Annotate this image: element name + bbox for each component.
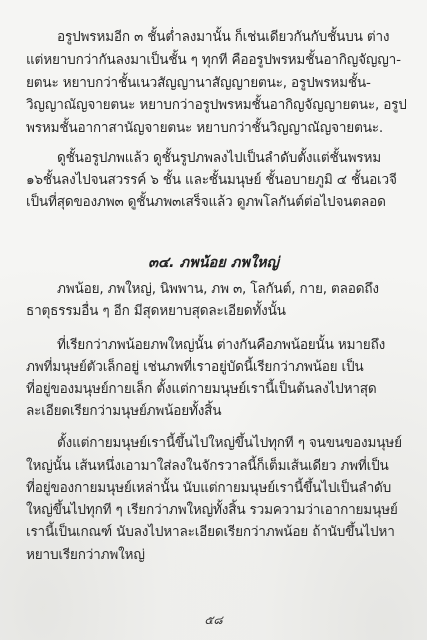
text-line: ธาตุธรรมอื่น ๆ อีก มีสุดหยาบสุดละเอียดทั… (26, 300, 406, 322)
page-number: ๕๘ (0, 611, 427, 629)
text-line: ที่อยู่ของมนุษย์กายเล็ก ตั้งแต่กายมนุษย์… (26, 378, 406, 400)
text-line: อรูปพรหมอีก ๓ ชั้นต่ำลงมานั้น ก็เช่นเดีย… (57, 26, 406, 48)
text-line: แต่หยาบกว่ากันลงมาเป็นชั้น ๆ ทุกที คืออร… (26, 49, 406, 71)
text-line: วิญญาณัญจายตนะ หยาบกว่าอรูปพรหมชั้นอากิญ… (26, 94, 406, 116)
text-line: ดูชั้นอรูปภพแล้ว ดูชั้นรูปภพลงไปเป็นลำดั… (57, 147, 406, 169)
text-line: ที่เรียกว่าภพน้อยภพใหญ่นั้น ต่างกันคือภพ… (57, 334, 406, 356)
text-line: หยาบเรียกว่าภพใหญ่ (26, 544, 406, 566)
text-line: เรานี้เป็นเกณฑ์ นับลงไปหาละเอียดเรียกว่า… (26, 521, 406, 543)
text-line: เป็นที่สุดของภพ๓ ดูชั้นภพ๓เสร็จแล้ว ดูภพ… (26, 191, 406, 213)
text-line: ภพที่มนุษย์ตัวเล็กอยู่ เช่นภพที่เราอยู่บ… (26, 356, 406, 378)
text-line: ที่อยู่ของกายมนุษย์เหล่านั้น นับแต่กายมน… (26, 477, 406, 499)
text-line: ๑๖ชั้นลงไปจนสวรรค์ ๖ ชั้น และชั้นมนุษย์ … (26, 169, 406, 191)
text-line: ใหญ่นั้น เส้นหนึ่งเอามาใส่ลงในจักรวาลนี้… (26, 455, 406, 477)
text-line: ตั้งแต่กายมนุษย์เรานี้ขึ้นไปใหญ่ขึ้นไปทุ… (57, 432, 406, 454)
text-line: พรหมชั้นอากาสานัญจายตนะ หยาบกว่าชั้นวิญญ… (26, 117, 406, 139)
text-line: ยตนะ หยาบกว่าชั้นเนวสัญญานาสัญญายตนะ, อร… (26, 72, 406, 94)
section-heading: ๓๔. ภพน้อย ภพใหญ่ (0, 252, 427, 274)
book-page: อรูปพรหมอีก ๓ ชั้นต่ำลงมานั้น ก็เช่นเดีย… (0, 0, 427, 640)
text-line: ใหญ่ขึ้นไปทุกที ๆ เรียกว่าภพใหญ่ทั้งสิ้น… (26, 499, 406, 521)
text-line: ภพน้อย, ภพใหญ่, นิพพาน, ภพ ๓, โลกันต์, ก… (57, 278, 406, 300)
text-line: ละเอียดเรียกว่ามนุษย์ภพน้อยทั้งสิ้น (26, 400, 406, 422)
